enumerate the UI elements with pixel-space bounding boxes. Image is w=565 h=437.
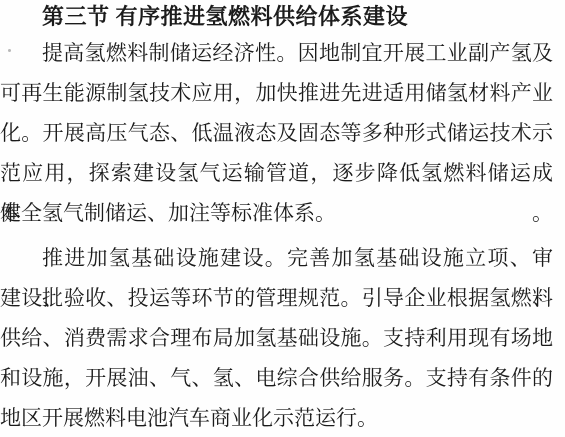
text-line: 地区开展燃料电池汽车商业化示范运行。 [0, 398, 553, 437]
text-line: 推进加氢基础设施建设。完善加氢基础设施立项、审批、 [0, 238, 553, 278]
section-heading: 第三节 有序推进氢燃料供给体系建设 [42, 3, 408, 31]
text-line: 建设、验收、投运等环节的管理规范。引导企业根据氢燃料 [0, 278, 553, 318]
paragraph-refueling-infrastructure: 推进加氢基础设施建设。完善加氢基础设施立项、审批、 建设、验收、投运等环节的管理… [0, 238, 553, 437]
text-line: 供给、消费需求合理布局加氢基础设施。支持利用现有场地 [0, 318, 553, 358]
document-page: 第三节 有序推进氢燃料供给体系建设 提高氢燃料制储运经济性。因地制宜开展工业副产… [0, 0, 565, 437]
text-line: 提高氢燃料制储运经济性。因地制宜开展工业副产氢及 [0, 33, 553, 73]
text-line: 化。开展高压气态、低温液态及固态等多种形式储运技术示 [0, 113, 553, 153]
paragraph-hydrogen-storage: 提高氢燃料制储运经济性。因地制宜开展工业副产氢及 可再生能源制氢技术应用，加快推… [0, 33, 553, 233]
text-line: 可再生能源制氢技术应用，加快推进先进适用储氢材料产业 [0, 73, 553, 113]
text-line: 和设施，开展油、气、氢、电综合供给服务。支持有条件的 [0, 358, 553, 398]
text-line: 范应用，探索建设氢气运输管道，逐步降低氢燃料储运成本。 [0, 153, 553, 193]
